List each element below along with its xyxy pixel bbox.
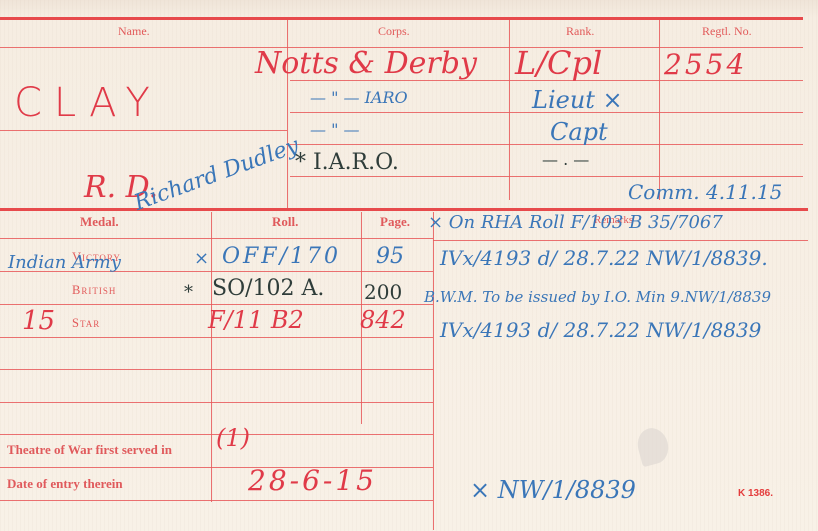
roll-star: F/11 B2 [208,306,304,334]
date-of-entry-value: 28-6-15 [248,464,377,497]
divider-roll [211,212,212,502]
corps-line-4: * I.A.R.O. [295,150,399,175]
roll-marker-victory: × [194,248,209,269]
remarks-line-1: × On RHA Roll F/103 B 35/7067 [428,212,723,233]
row-rule-3 [290,144,803,145]
indian-army-annotation: Indian Army [8,252,121,273]
header-regtl-no: Regtl. No. [702,24,752,39]
corps-line-1: Notts & Derby [255,46,477,81]
stamp-watermark [634,425,672,468]
form-reference: K 1386. [738,488,773,499]
corps-line-3: — " — [310,120,360,139]
medal-rule-0 [0,238,433,239]
header-corps: Corps. [378,24,410,39]
corps-line-2: — " — IARO [310,88,408,107]
page-victory: 95 [376,244,404,269]
star-prefix: 15 [22,306,55,336]
roll-victory: OFF/170 [222,244,341,269]
bottom-note: × NW/1/8839 [470,476,636,504]
regtl-no: 2554 [664,48,747,81]
rank-line-2: Lieut × [532,86,623,114]
rank-line-1: L/Cpl [515,44,602,82]
remarks-rule-0 [433,240,808,241]
divider-remarks [433,212,434,530]
date-of-entry-label: Date of entry therein [7,476,123,492]
medal-rule-2 [0,304,433,305]
page-british: 200 [364,280,402,304]
rank-line-4: — . — [542,150,589,169]
roll-british: SO/102 A. [212,276,324,301]
header-medal: Medal. [80,214,119,230]
medal-index-card: Name. Corps. Rank. Regtl. No. CLAY R. D.… [0,0,818,531]
page-star: 842 [360,306,406,334]
top-border-line [0,17,803,20]
remarks-line-3: B.W.M. To be issued by I.O. Min 9.NW/1/8… [424,288,771,306]
rank-line-3: Capt [550,118,608,146]
commission-note: Comm. 4.11.15 [628,180,782,204]
header-page: Page. [380,214,410,230]
medal-rule-8 [0,500,433,501]
header-rank: Rank. [566,24,594,39]
middle-border-line [0,208,808,211]
name-rule [0,130,287,131]
remarks-line-4: IVx/4193 d/ 28.7.22 NW/1/8839 [440,318,761,342]
medal-rule-4 [0,369,433,370]
row-rule-4 [290,176,803,177]
medal-star: Star [72,316,100,331]
header-roll: Roll. [272,214,298,230]
roll-marker-british: * [184,282,193,303]
remarks-line-2: IVx/4193 d/ 28.7.22 NW/1/8839. [440,246,768,270]
medal-rule-3 [0,337,433,338]
medal-british: British [72,283,116,298]
surname: CLAY [14,80,162,126]
medal-rule-5 [0,402,433,403]
header-name: Name. [118,24,150,39]
theatre-value: (1) [216,424,250,452]
theatre-label: Theatre of War first served in [7,442,172,458]
